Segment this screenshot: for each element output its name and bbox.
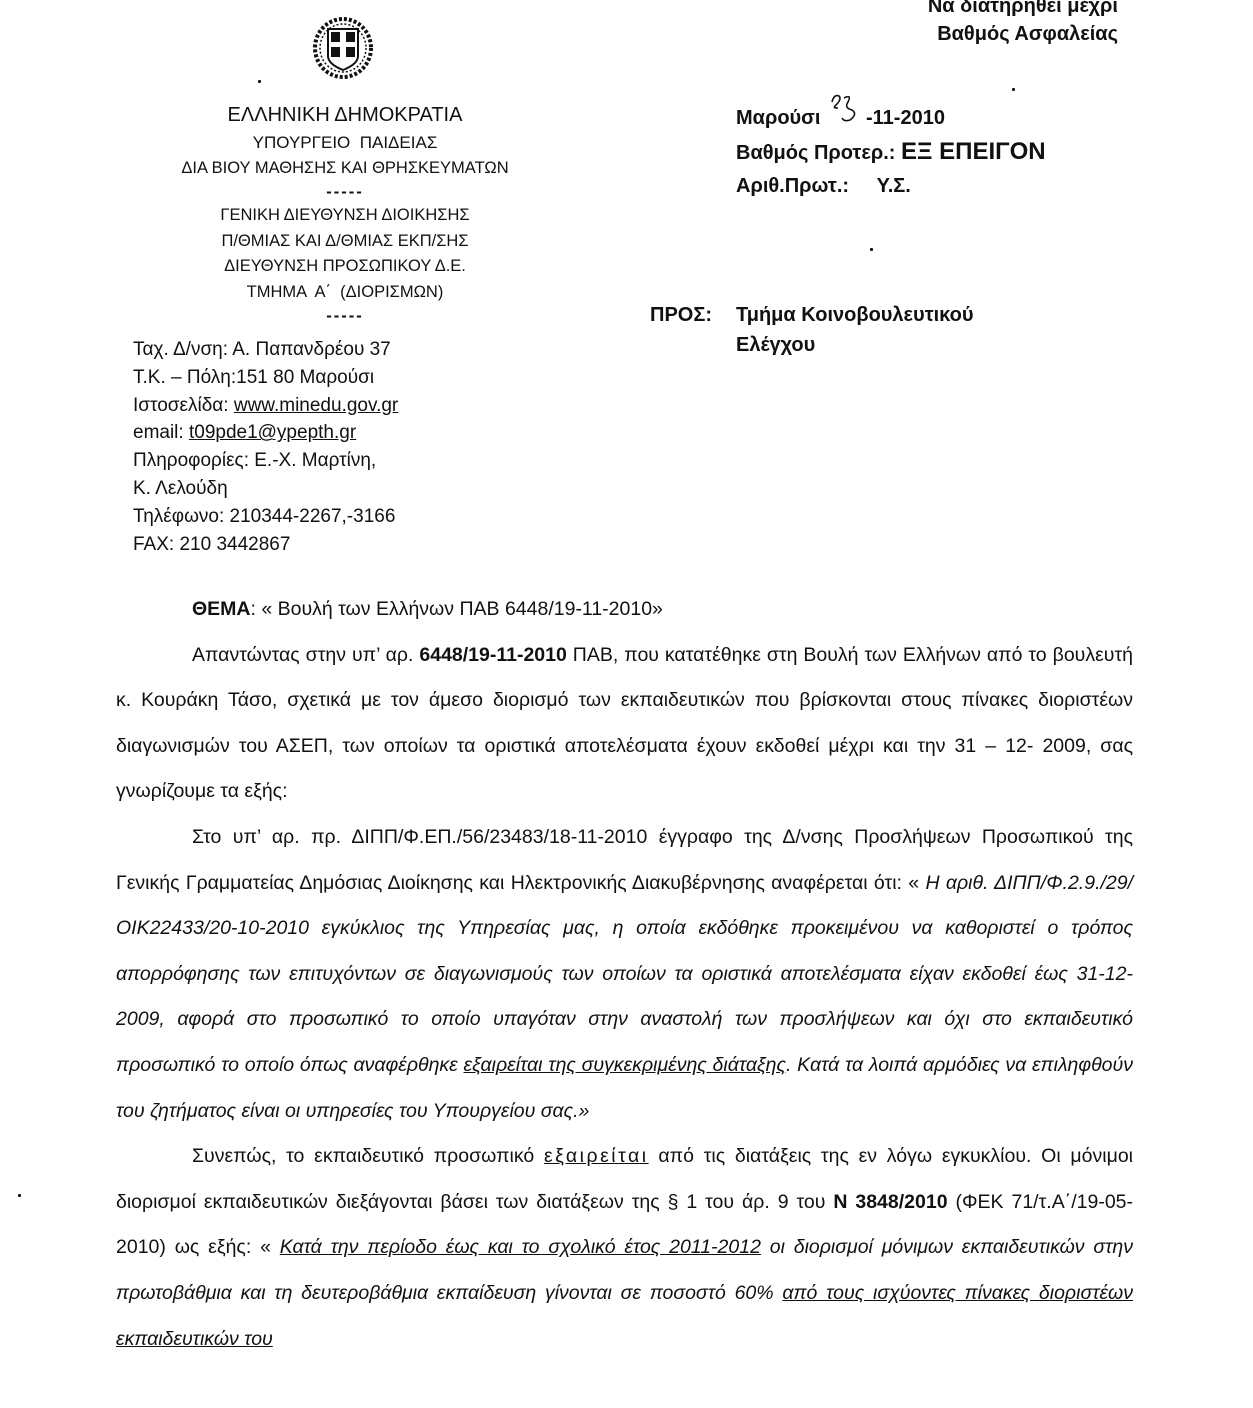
email-link[interactable]: t09pde1@ypepth.gr xyxy=(189,422,356,443)
emphasis-exempted: εξαιρείται xyxy=(544,1145,649,1167)
subject-label: ΘΕΜΑ xyxy=(192,598,251,620)
letter-body: ΘΕΜΑ: « Βουλή των Ελλήνων ΠΑΒ 6448/19-11… xyxy=(116,587,1133,1362)
protocol-value: Υ.Σ. xyxy=(877,175,911,197)
dept-line3: ΔΙΕΥΘΥΝΣΗ ΠΡΟΣΩΠΙΚΟΥ Δ.Ε. xyxy=(130,254,560,280)
security-notice-line1: Να διατηρηθεί μέχρι xyxy=(928,0,1118,20)
address: Ταχ. Δ/νση: Α. Παπανδρέου 37 xyxy=(133,336,398,364)
website-link[interactable]: www.minedu.gov.gr xyxy=(234,395,398,416)
quoted-emphasis: Κατά την περίοδο έως και το σχολικό έτος… xyxy=(280,1236,761,1258)
date-rest: -11-2010 xyxy=(866,107,945,129)
scan-speck xyxy=(18,1194,21,1197)
dept-line2: Π/ΘΜΙΑΣ ΚΑΙ Δ/ΘΜΙΑΣ ΕΚΠ/ΣΗΣ xyxy=(130,229,560,255)
quoted-text: Η αριθ. ΔΙΠΠ/Φ.2.9./29/ΟΙΚ22433/20-10-20… xyxy=(116,872,1133,1076)
paragraph-3: Συνεπώς, το εκπαιδευτικό προσωπικό εξαιρ… xyxy=(116,1134,1133,1362)
date-line: Μαρούσι -11-2010 xyxy=(736,100,1046,135)
recipient-line1: Τμήμα Κοινοβουλευτικού xyxy=(736,304,974,326)
paragraph-1-text: ΠΑΒ, που κατατέθηκε στη Βουλή των Ελλήνω… xyxy=(116,644,1133,803)
dept-line4: ΤΜΗΜΑ Α΄ (ΔΙΟΡΙΣΜΩΝ) xyxy=(130,280,560,306)
website-label: Ιστοσελίδα: xyxy=(133,395,234,416)
subject-text: : « Βουλή των Ελλήνων ΠΑΒ 6448/19-11-201… xyxy=(251,598,663,620)
place: Μαρούσι xyxy=(736,107,820,129)
sender-header: ΕΛΛΗΝΙΚΗ ΔΗΜΟΚΡΑΤΙΑ ΥΠΟΥΡΓΕΙΟ ΠΑΙΔΕΙΑΣ Δ… xyxy=(130,100,560,327)
recipient-block: ΠΡΟΣ:Τμήμα Κοινοβουλευτικού Ελέγχου xyxy=(650,300,974,360)
country-name: ΕΛΛΗΝΙΚΗ ΔΗΜΟΚΡΑΤΙΑ xyxy=(130,100,560,130)
protocol-label: Αριθ.Πρωτ.: xyxy=(736,175,849,197)
law-number: Ν 3848/2010 xyxy=(833,1191,947,1213)
website-row: Ιστοσελίδα: www.minedu.gov.gr xyxy=(133,392,398,420)
scan-speck xyxy=(258,80,261,83)
separator: ----- xyxy=(130,181,560,203)
greek-coat-of-arms-icon xyxy=(312,16,374,80)
paragraph-1: Απαντώντας στην υπ’ αρ. 6448/19-11-2010 … xyxy=(116,633,1133,815)
paragraph-2: Στο υπ’ αρ. πρ. ΔΙΠΠ/Φ.ΕΠ./56/23483/18-1… xyxy=(116,815,1133,1134)
postal-code: Τ.Κ. – Πόλη:151 80 Μαρούσι xyxy=(133,364,398,392)
subject-line: ΘΕΜΑ: « Βουλή των Ελλήνων ΠΑΒ 6448/19-11… xyxy=(116,587,1133,633)
priority-line: Βαθμός Προτερ.: ΕΞ ΕΠΕΙΓΟΝ xyxy=(736,135,1046,170)
quoted-emphasis: εξαιρείται της συγκεκριμένης διάταξης xyxy=(464,1054,786,1076)
info-line1: Πληροφορίες: Ε.-Χ. Μαρτίνη, xyxy=(133,447,398,475)
contact-block: Ταχ. Δ/νση: Α. Παπανδρέου 37 Τ.Κ. – Πόλη… xyxy=(133,336,398,558)
paragraph-1-text: Απαντώντας στην υπ’ αρ. xyxy=(192,644,419,666)
fax: FAX: 210 3442867 xyxy=(133,531,398,559)
ministry-line1: ΥΠΟΥΡΓΕΙΟ ΠΑΙΔΕΙΑΣ xyxy=(130,130,560,156)
handwritten-day xyxy=(826,100,866,130)
priority-label: Βαθμός Προτερ.: xyxy=(736,142,901,164)
email-label: email: xyxy=(133,422,189,443)
ministry-line2: ΔΙΑ ΒΙΟΥ ΜΑΘΗΣΗΣ ΚΑΙ ΘΡΗΣΚΕΥΜΑΤΩΝ xyxy=(130,156,560,182)
separator: ----- xyxy=(130,305,560,327)
document-meta: Μαρούσι -11-2010 Βαθμός Προτερ.: ΕΞ ΕΠΕΙ… xyxy=(736,100,1046,203)
protocol-line: Αριθ.Πρωτ.: Υ.Σ. xyxy=(736,170,1046,203)
reference-number: 6448/19-11-2010 xyxy=(419,644,566,666)
recipient-label: ΠΡΟΣ: xyxy=(650,300,736,330)
info-line2: Κ. Λελούδη xyxy=(133,475,398,503)
recipient-line2: Ελέγχου xyxy=(650,330,974,360)
scan-speck xyxy=(1012,88,1015,91)
scan-speck xyxy=(870,248,873,251)
email-row: email: t09pde1@ypepth.gr xyxy=(133,419,398,447)
dept-line1: ΓΕΝΙΚΗ ΔΙΕΥΘΥΝΣΗ ΔΙΟΙΚΗΣΗΣ xyxy=(130,203,560,229)
security-notice: Να διατηρηθεί μέχρι Βαθμός Ασφαλείας xyxy=(928,0,1118,48)
security-notice-line2: Βαθμός Ασφαλείας xyxy=(928,20,1118,48)
paragraph-3-text: Συνεπώς, το εκπαιδευτικό προσωπικό xyxy=(192,1145,544,1167)
priority-value: ΕΞ ΕΠΕΙΓΟΝ xyxy=(901,138,1046,165)
phone: Τηλέφωνο: 210344-2267,-3166 xyxy=(133,503,398,531)
